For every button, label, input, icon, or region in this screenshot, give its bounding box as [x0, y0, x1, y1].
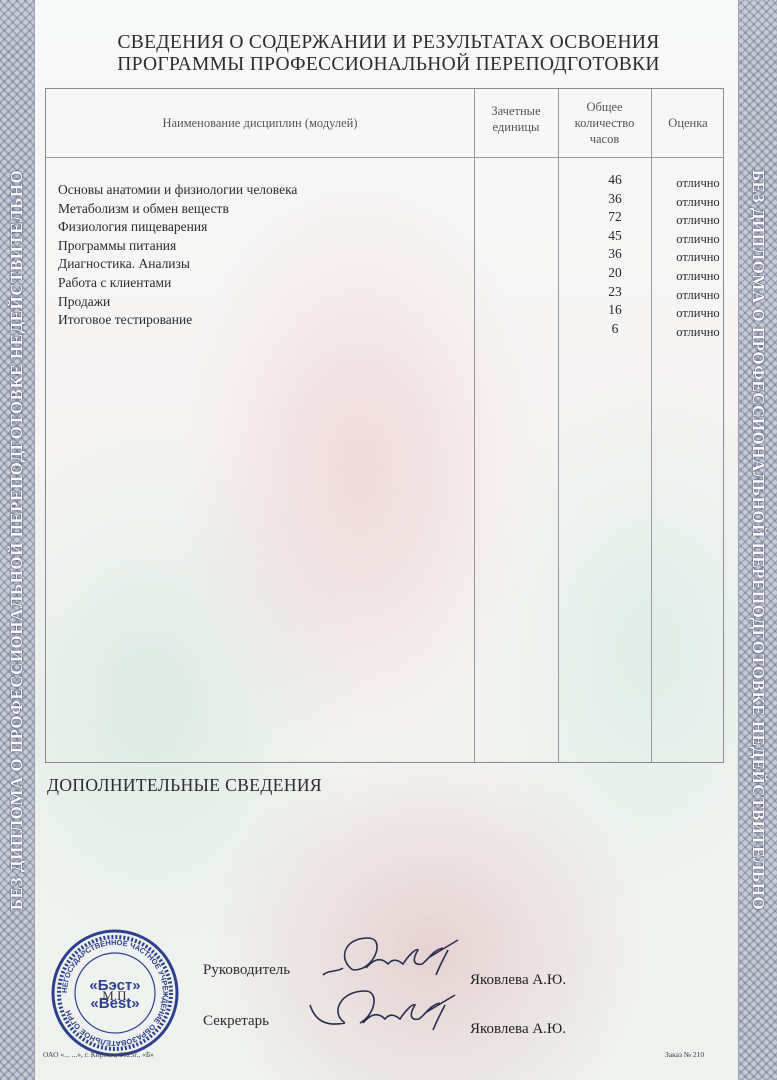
discipline-name: Итоговое тестирование [58, 311, 297, 330]
hours-value: 23 [590, 283, 640, 302]
secretary-label: Секретарь [203, 1013, 269, 1030]
grade-value: отлично [663, 286, 733, 305]
discipline-list: Основы анатомии и физиологии человека Ме… [58, 181, 297, 330]
grade-value: отлично [663, 267, 733, 286]
header-credits-line-2: единицы [491, 119, 540, 135]
grade-value: отлично [663, 323, 733, 342]
printer-imprint: ОАО «... ...», г. Киржач, 2025г., «Б» [43, 1050, 154, 1059]
page-title: СВЕДЕНИЯ О СОДЕРЖАНИИ И РЕЗУЛЬТАТАХ ОСВО… [0, 32, 777, 76]
discipline-name: Программы питания [58, 237, 297, 256]
grade-value: отлично [663, 193, 733, 212]
order-number: Заказ № 210 [665, 1050, 704, 1059]
discipline-name: Продажи [58, 293, 297, 312]
header-credits: Зачетные единицы [474, 85, 558, 153]
header-discipline-name: Наименование дисциплин (модулей) [46, 89, 474, 157]
hours-value: 46 [590, 171, 640, 190]
hours-list: 46 36 72 45 36 20 23 16 6 [590, 171, 640, 338]
discipline-name: Работа с клиентами [58, 274, 297, 293]
header-hours-line-2: количество [575, 115, 635, 131]
hours-value: 72 [590, 208, 640, 227]
grade-value: отлично [663, 211, 733, 230]
additional-info-heading: ДОПОЛНИТЕЛЬНЫЕ СВЕДЕНИЯ [47, 775, 322, 796]
header-grade-text: Оценка [668, 115, 707, 131]
secretary-name: Яковлева А.Ю. [470, 1021, 566, 1038]
hours-value: 36 [590, 190, 640, 209]
head-signature-icon [318, 930, 468, 990]
hours-value: 6 [590, 320, 640, 339]
header-discipline-name-text: Наименование дисциплин (модулей) [162, 115, 357, 131]
column-divider [558, 89, 559, 762]
head-name: Яковлева А.Ю. [470, 972, 566, 989]
page-title-line-1: СВЕДЕНИЯ О СОДЕРЖАНИИ И РЕЗУЛЬТАТАХ ОСВО… [0, 32, 777, 54]
header-total-hours: Общее количество часов [558, 89, 651, 157]
head-label: Руководитель [203, 962, 290, 979]
page-title-line-2: ПРОГРАММЫ ПРОФЕССИОНАЛЬНОЙ ПЕРЕПОДГОТОВК… [0, 54, 777, 76]
grade-value: отлично [663, 174, 733, 193]
column-divider [474, 89, 475, 762]
discipline-name: Диагностика. Анализы [58, 255, 297, 274]
header-hours-line-3: часов [575, 131, 635, 147]
secretary-signature-icon [305, 985, 465, 1045]
official-stamp-icon: НЕГОСУДАРСТВЕННОЕ ЧАСТНОЕ УЧРЕЖДЕНИЕ ОБР… [50, 928, 180, 1058]
grade-value: отлично [663, 248, 733, 267]
header-grade: Оценка [651, 89, 725, 157]
discipline-name: Метаболизм и обмен веществ [58, 200, 297, 219]
grade-list: отлично отлично отлично отлично отлично … [663, 174, 733, 341]
discipline-name: Основы анатомии и физиологии человека [58, 181, 297, 200]
right-validity-band-text: БЕЗ ДИПЛОМА О ПРОФЕССИОНАЛЬНОЙ ПЕРЕПОДГО… [748, 170, 768, 910]
discipline-name: Физиология пищеварения [58, 218, 297, 237]
column-divider [651, 89, 652, 762]
svg-text:М.П.: М.П. [102, 988, 129, 1003]
header-divider [46, 157, 723, 158]
header-hours-line-1: Общее [575, 99, 635, 115]
hours-value: 45 [590, 227, 640, 246]
hours-value: 20 [590, 264, 640, 283]
left-validity-band-text: БЕЗ ДИПЛОМА О ПРОФЕССИОНАЛЬНОЙ ПЕРЕПОДГО… [7, 170, 27, 910]
hours-value: 36 [590, 245, 640, 264]
grade-value: отлично [663, 304, 733, 323]
header-credits-line-1: Зачетные [491, 103, 540, 119]
grade-value: отлично [663, 230, 733, 249]
hours-value: 16 [590, 301, 640, 320]
